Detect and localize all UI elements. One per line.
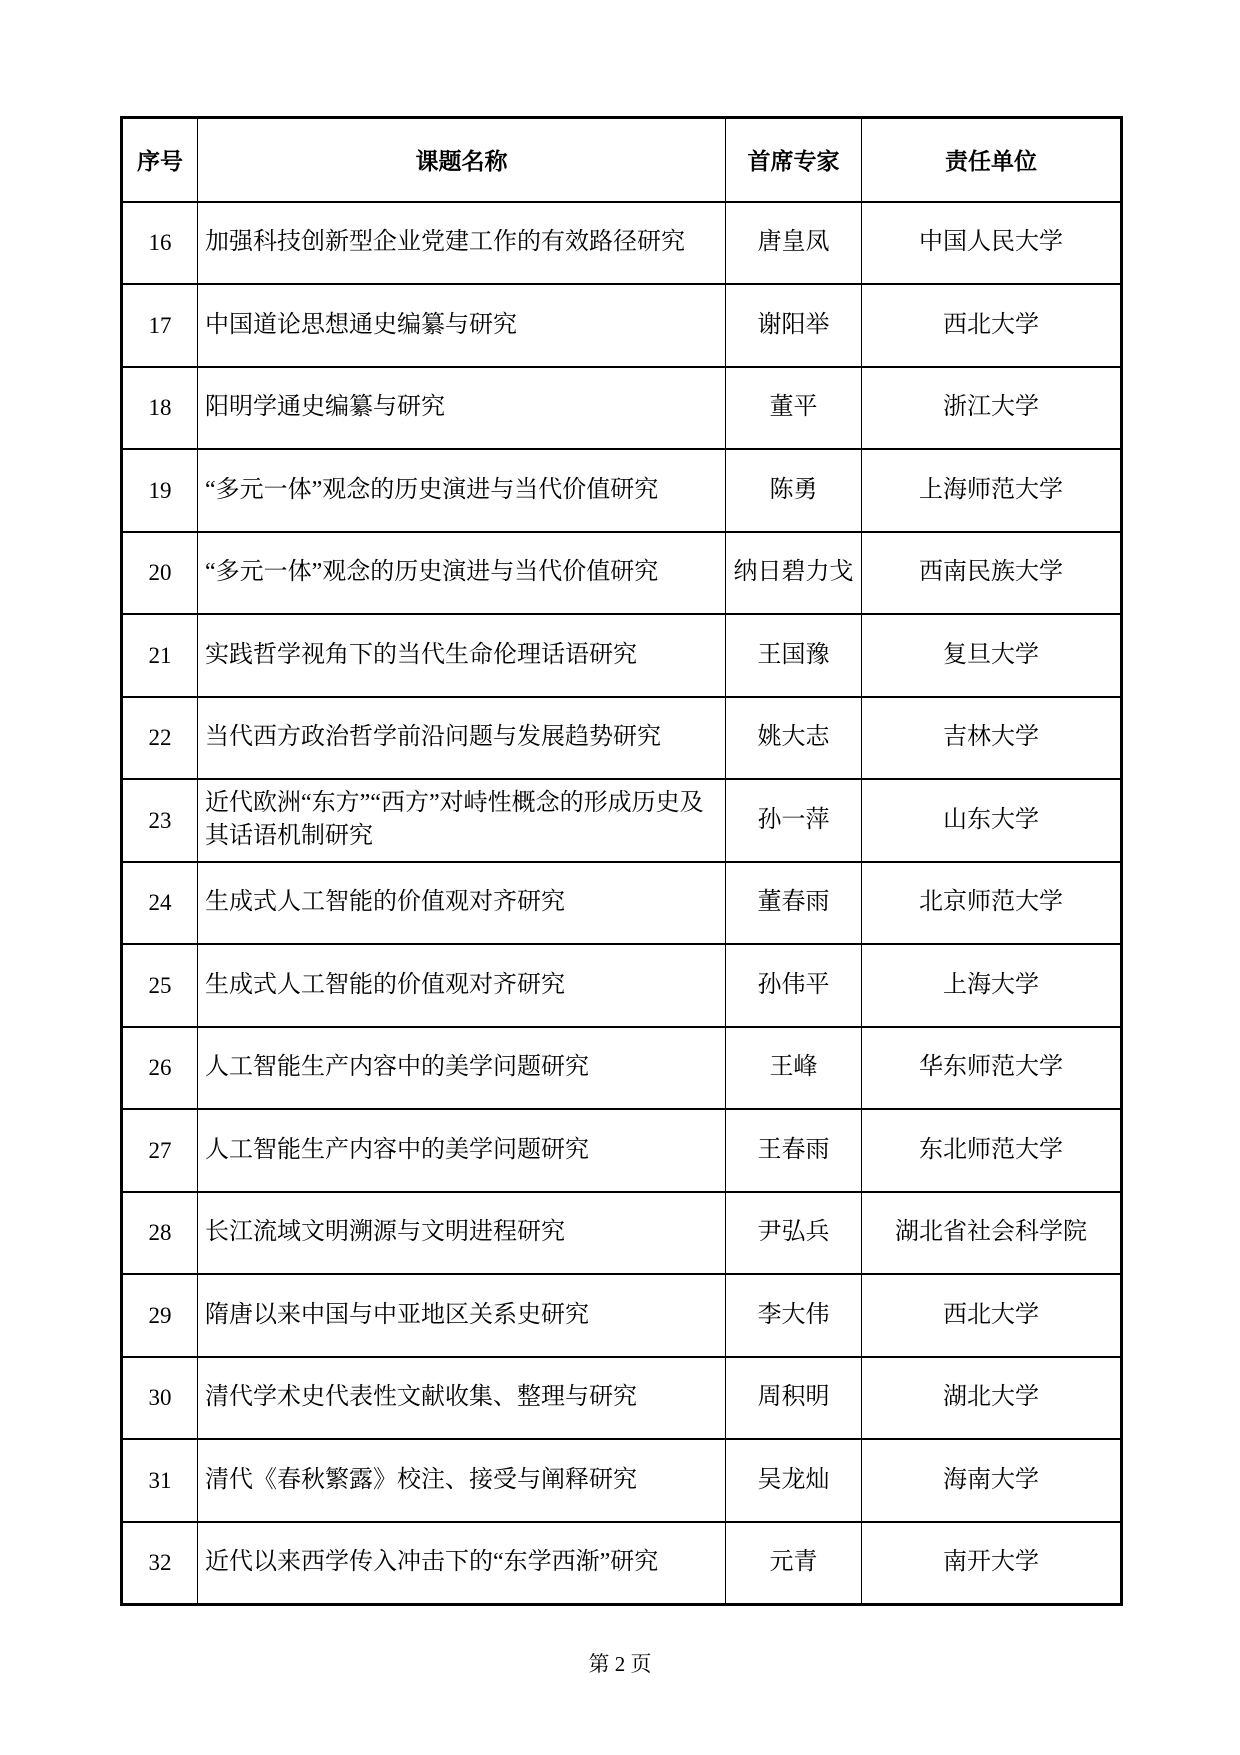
row-title: 生成式人工智能的价值观对齐研究 <box>198 944 726 1027</box>
row-title: 清代《春秋繁露》校注、接受与阐释研究 <box>198 1439 726 1522</box>
table-row: 20 “多元一体”观念的历史演进与当代价值研究 纳日碧力戈 西南民族大学 <box>122 532 1122 615</box>
table-body: 16 加强科技创新型企业党建工作的有效路径研究 唐皇凤 中国人民大学 17 中国… <box>122 202 1122 1605</box>
document-page: 序号 课题名称 首席专家 责任单位 16 加强科技创新型企业党建工作的有效路径研… <box>0 0 1240 1755</box>
row-unit: 上海大学 <box>862 944 1122 1027</box>
row-expert: 董平 <box>726 367 862 450</box>
row-title: 中国道论思想通史编纂与研究 <box>198 284 726 367</box>
row-unit: 吉林大学 <box>862 697 1122 780</box>
row-expert: 董春雨 <box>726 862 862 945</box>
row-index: 18 <box>122 367 198 450</box>
row-unit: 华东师范大学 <box>862 1027 1122 1110</box>
row-unit: 浙江大学 <box>862 367 1122 450</box>
row-expert: 唐皇凤 <box>726 202 862 285</box>
table-row: 27 人工智能生产内容中的美学问题研究 王春雨 东北师范大学 <box>122 1109 1122 1192</box>
table-row: 16 加强科技创新型企业党建工作的有效路径研究 唐皇凤 中国人民大学 <box>122 202 1122 285</box>
row-unit: 北京师范大学 <box>862 862 1122 945</box>
row-title: 近代以来西学传入冲击下的“东学西渐”研究 <box>198 1522 726 1605</box>
row-unit: 山东大学 <box>862 779 1122 862</box>
row-title: “多元一体”观念的历史演进与当代价值研究 <box>198 532 726 615</box>
row-index: 24 <box>122 862 198 945</box>
table-row: 31 清代《春秋繁露》校注、接受与阐释研究 吴龙灿 海南大学 <box>122 1439 1122 1522</box>
row-expert: 王春雨 <box>726 1109 862 1192</box>
row-title: 隋唐以来中国与中亚地区关系史研究 <box>198 1274 726 1357</box>
row-unit: 西北大学 <box>862 1274 1122 1357</box>
row-expert: 纳日碧力戈 <box>726 532 862 615</box>
row-expert: 谢阳举 <box>726 284 862 367</box>
table-header: 序号 课题名称 首席专家 责任单位 <box>122 118 1122 202</box>
row-unit: 西南民族大学 <box>862 532 1122 615</box>
row-index: 28 <box>122 1192 198 1275</box>
row-title: 生成式人工智能的价值观对齐研究 <box>198 862 726 945</box>
row-expert: 陈勇 <box>726 449 862 532</box>
row-index: 32 <box>122 1522 198 1605</box>
row-index: 21 <box>122 614 198 697</box>
row-unit: 湖北省社会科学院 <box>862 1192 1122 1275</box>
row-index: 25 <box>122 944 198 1027</box>
table-row: 32 近代以来西学传入冲击下的“东学西渐”研究 元青 南开大学 <box>122 1522 1122 1605</box>
header-title: 课题名称 <box>198 118 726 202</box>
row-title: 加强科技创新型企业党建工作的有效路径研究 <box>198 202 726 285</box>
table-row: 28 长江流域文明溯源与文明进程研究 尹弘兵 湖北省社会科学院 <box>122 1192 1122 1275</box>
row-title: 人工智能生产内容中的美学问题研究 <box>198 1027 726 1110</box>
table-row: 17 中国道论思想通史编纂与研究 谢阳举 西北大学 <box>122 284 1122 367</box>
row-unit: 南开大学 <box>862 1522 1122 1605</box>
row-unit: 上海师范大学 <box>862 449 1122 532</box>
row-unit: 海南大学 <box>862 1439 1122 1522</box>
row-title: 人工智能生产内容中的美学问题研究 <box>198 1109 726 1192</box>
page-number: 第 2 页 <box>0 1648 1240 1678</box>
row-index: 19 <box>122 449 198 532</box>
table-row: 30 清代学术史代表性文献收集、整理与研究 周积明 湖北大学 <box>122 1357 1122 1440</box>
row-index: 16 <box>122 202 198 285</box>
table-row: 18 阳明学通史编纂与研究 董平 浙江大学 <box>122 367 1122 450</box>
row-expert: 尹弘兵 <box>726 1192 862 1275</box>
row-expert: 李大伟 <box>726 1274 862 1357</box>
table-row: 22 当代西方政治哲学前沿问题与发展趋势研究 姚大志 吉林大学 <box>122 697 1122 780</box>
research-projects-table: 序号 课题名称 首席专家 责任单位 16 加强科技创新型企业党建工作的有效路径研… <box>120 116 1123 1606</box>
header-expert: 首席专家 <box>726 118 862 202</box>
table-row: 26 人工智能生产内容中的美学问题研究 王峰 华东师范大学 <box>122 1027 1122 1110</box>
row-index: 22 <box>122 697 198 780</box>
row-index: 17 <box>122 284 198 367</box>
row-expert: 王峰 <box>726 1027 862 1110</box>
row-index: 31 <box>122 1439 198 1522</box>
row-title: 长江流域文明溯源与文明进程研究 <box>198 1192 726 1275</box>
row-index: 20 <box>122 532 198 615</box>
table-row: 25 生成式人工智能的价值观对齐研究 孙伟平 上海大学 <box>122 944 1122 1027</box>
row-expert: 吴龙灿 <box>726 1439 862 1522</box>
row-expert: 孙一萍 <box>726 779 862 862</box>
table-row: 21 实践哲学视角下的当代生命伦理话语研究 王国豫 复旦大学 <box>122 614 1122 697</box>
row-unit: 西北大学 <box>862 284 1122 367</box>
row-unit: 复旦大学 <box>862 614 1122 697</box>
row-index: 30 <box>122 1357 198 1440</box>
table-row: 24 生成式人工智能的价值观对齐研究 董春雨 北京师范大学 <box>122 862 1122 945</box>
row-unit: 湖北大学 <box>862 1357 1122 1440</box>
row-index: 26 <box>122 1027 198 1110</box>
row-title: “多元一体”观念的历史演进与当代价值研究 <box>198 449 726 532</box>
row-title: 清代学术史代表性文献收集、整理与研究 <box>198 1357 726 1440</box>
header-row: 序号 课题名称 首席专家 责任单位 <box>122 118 1122 202</box>
row-unit: 东北师范大学 <box>862 1109 1122 1192</box>
table-row: 23 近代欧洲“东方”“西方”对峙性概念的形成历史及其话语机制研究 孙一萍 山东… <box>122 779 1122 862</box>
row-title: 实践哲学视角下的当代生命伦理话语研究 <box>198 614 726 697</box>
table-row: 29 隋唐以来中国与中亚地区关系史研究 李大伟 西北大学 <box>122 1274 1122 1357</box>
row-index: 23 <box>122 779 198 862</box>
row-expert: 姚大志 <box>726 697 862 780</box>
row-expert: 王国豫 <box>726 614 862 697</box>
table-row: 19 “多元一体”观念的历史演进与当代价值研究 陈勇 上海师范大学 <box>122 449 1122 532</box>
row-expert: 元青 <box>726 1522 862 1605</box>
header-index: 序号 <box>122 118 198 202</box>
row-expert: 孙伟平 <box>726 944 862 1027</box>
row-title: 近代欧洲“东方”“西方”对峙性概念的形成历史及其话语机制研究 <box>198 779 726 862</box>
header-unit: 责任单位 <box>862 118 1122 202</box>
row-index: 27 <box>122 1109 198 1192</box>
row-unit: 中国人民大学 <box>862 202 1122 285</box>
row-expert: 周积明 <box>726 1357 862 1440</box>
row-title: 阳明学通史编纂与研究 <box>198 367 726 450</box>
row-index: 29 <box>122 1274 198 1357</box>
row-title: 当代西方政治哲学前沿问题与发展趋势研究 <box>198 697 726 780</box>
